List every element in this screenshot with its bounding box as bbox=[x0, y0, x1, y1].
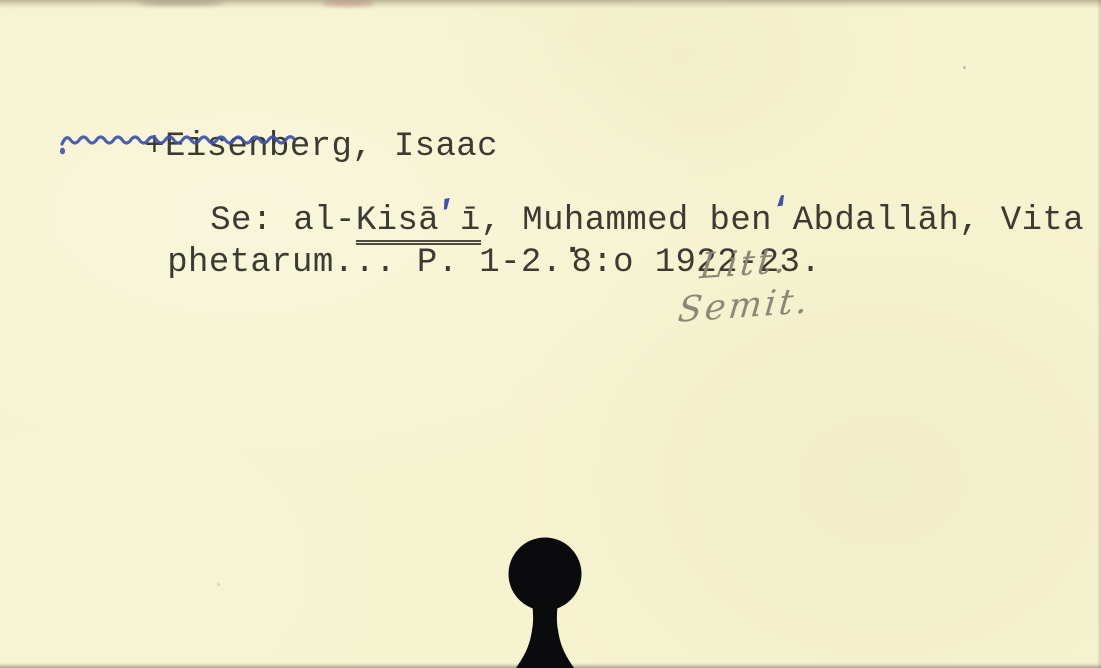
wavy-underline-icon bbox=[57, 128, 299, 156]
handwritten-subject-line-1: Litt. bbox=[698, 241, 791, 288]
handwritten-subject-line-2: Semit. bbox=[676, 281, 812, 331]
catalog-card: +Eisenberg, Isaac Se: al-Kisā’ī, Muhamme… bbox=[0, 0, 1101, 668]
reference-line2-start: phetarum... P. 1-2. bbox=[167, 244, 562, 282]
hole-punch-icon bbox=[470, 535, 620, 668]
scan-speckles bbox=[963, 66, 966, 69]
raised-dot-mark: · bbox=[562, 231, 571, 271]
card-right-edge bbox=[1097, 0, 1101, 668]
reference-line1-end: Abdallāh, Vita pro- bbox=[793, 202, 1101, 240]
scan-smudge bbox=[138, 0, 224, 6]
scan-smudge bbox=[322, 0, 374, 7]
